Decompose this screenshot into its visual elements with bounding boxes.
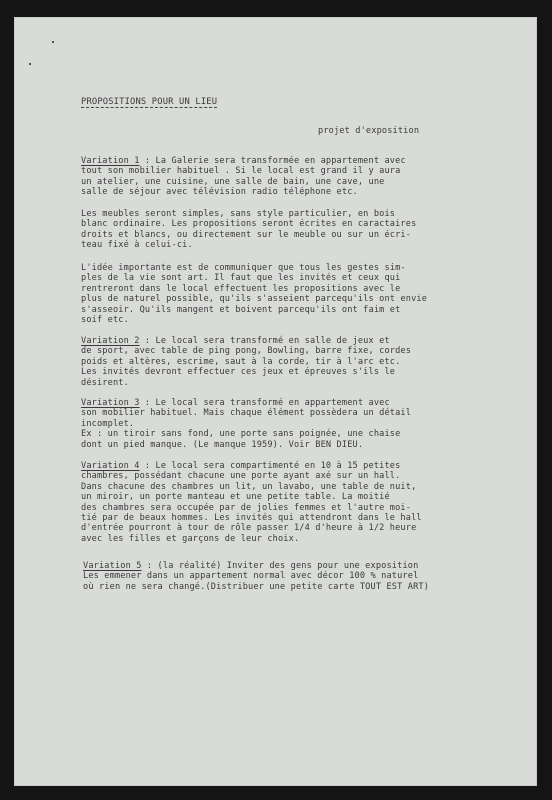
text-line: tié par de beaux hommes. Les invités qui…: [81, 513, 501, 523]
text-line: Variation 3 : Le local sera transformé e…: [81, 398, 501, 408]
variation-label: Variation 5: [83, 561, 142, 571]
text-line: Variation 2 : Le local sera transformé e…: [81, 336, 501, 346]
section-idea: L'idée importante est de communiquer que…: [81, 263, 501, 325]
text-line: s'asseoir. Qu'ils mangent et boivent par…: [81, 305, 501, 315]
ink-speck: [52, 41, 54, 43]
text-line: Les emmener dans un appartement normal a…: [83, 571, 503, 581]
variation-label: Variation 3: [81, 398, 140, 408]
section-variation-2: Variation 2 : Le local sera transformé e…: [81, 336, 501, 388]
text-line: son mobilier habituel. Mais chaque éléme…: [81, 408, 501, 418]
text-line: teau fixé à celui-ci.: [81, 240, 501, 250]
text-line: Ex : un tiroir sans fond, une porte sans…: [81, 429, 501, 439]
text-line: poids et altères, escrime, saut à la cor…: [81, 357, 501, 367]
text-line: avec les filles et garçons de leur choix…: [81, 534, 501, 544]
text-line: chambres, possédant chacune une porte ay…: [81, 471, 501, 481]
text-line: ples de la vie sont art. Il faut que les…: [81, 273, 501, 283]
section-variation-5: Variation 5 : (la réalité) Inviter des g…: [83, 561, 503, 592]
text-line: dont un pied manque. (Le manque 1959). V…: [81, 440, 501, 450]
text-line: où rien ne sera changé.(Distribuer une p…: [83, 582, 503, 592]
text-line: L'idée importante est de communiquer que…: [81, 263, 501, 273]
text-line: de sport, avec table de ping pong, Bowli…: [81, 346, 501, 356]
text-line: plus de naturel possible, qu'ils s'assei…: [81, 294, 501, 304]
text-line: salle de séjour avec télévision radio té…: [81, 187, 501, 197]
variation-label: Variation 2: [81, 336, 140, 346]
text-line: Les invités devront effectuer ces jeux e…: [81, 367, 501, 377]
text-line: un atelier, une cuisine, une salle de ba…: [81, 177, 501, 187]
document-subtitle: projet d'exposition: [318, 126, 419, 136]
variation-label: Variation 1: [81, 156, 140, 166]
variation-label: Variation 4: [81, 461, 140, 471]
text-line: blanc ordinaire. Les propositions seront…: [81, 219, 501, 229]
document-title: PROPOSITIONS POUR UN LIEU: [81, 97, 217, 108]
text-line: Variation 5 : (la réalité) Inviter des g…: [83, 561, 503, 571]
text-line: droits et blancs, ou directement sur le …: [81, 230, 501, 240]
text-line: incomplet.: [81, 419, 501, 429]
text-line: désirent.: [81, 378, 501, 388]
section-variation-4: Variation 4 : Le local sera compartiment…: [81, 461, 501, 544]
text-line: Variation 1 : La Galerie sera transformé…: [81, 156, 501, 166]
text-line: rentreront dans le local effectuent les …: [81, 284, 501, 294]
text-line: d'entrée pourront à tour de rôle passer …: [81, 523, 501, 533]
text-line: Les meubles seront simples, sans style p…: [81, 209, 501, 219]
text-line: Dans chacune des chambres un lit, un lav…: [81, 482, 501, 492]
ink-speck: [29, 63, 31, 65]
section-furniture: Les meubles seront simples, sans style p…: [81, 209, 501, 251]
text-line: Variation 4 : Le local sera compartiment…: [81, 461, 501, 471]
section-variation-3: Variation 3 : Le local sera transformé e…: [81, 398, 501, 450]
text-line: tout son mobilier habituel . Si le local…: [81, 166, 501, 176]
text-line: des chambres sera occupée par de jolies …: [81, 503, 501, 513]
text-line: un miroir, un porte manteau et une petit…: [81, 492, 501, 502]
text-line: soif etc.: [81, 315, 501, 325]
section-variation-1: Variation 1 : La Galerie sera transformé…: [81, 156, 501, 198]
